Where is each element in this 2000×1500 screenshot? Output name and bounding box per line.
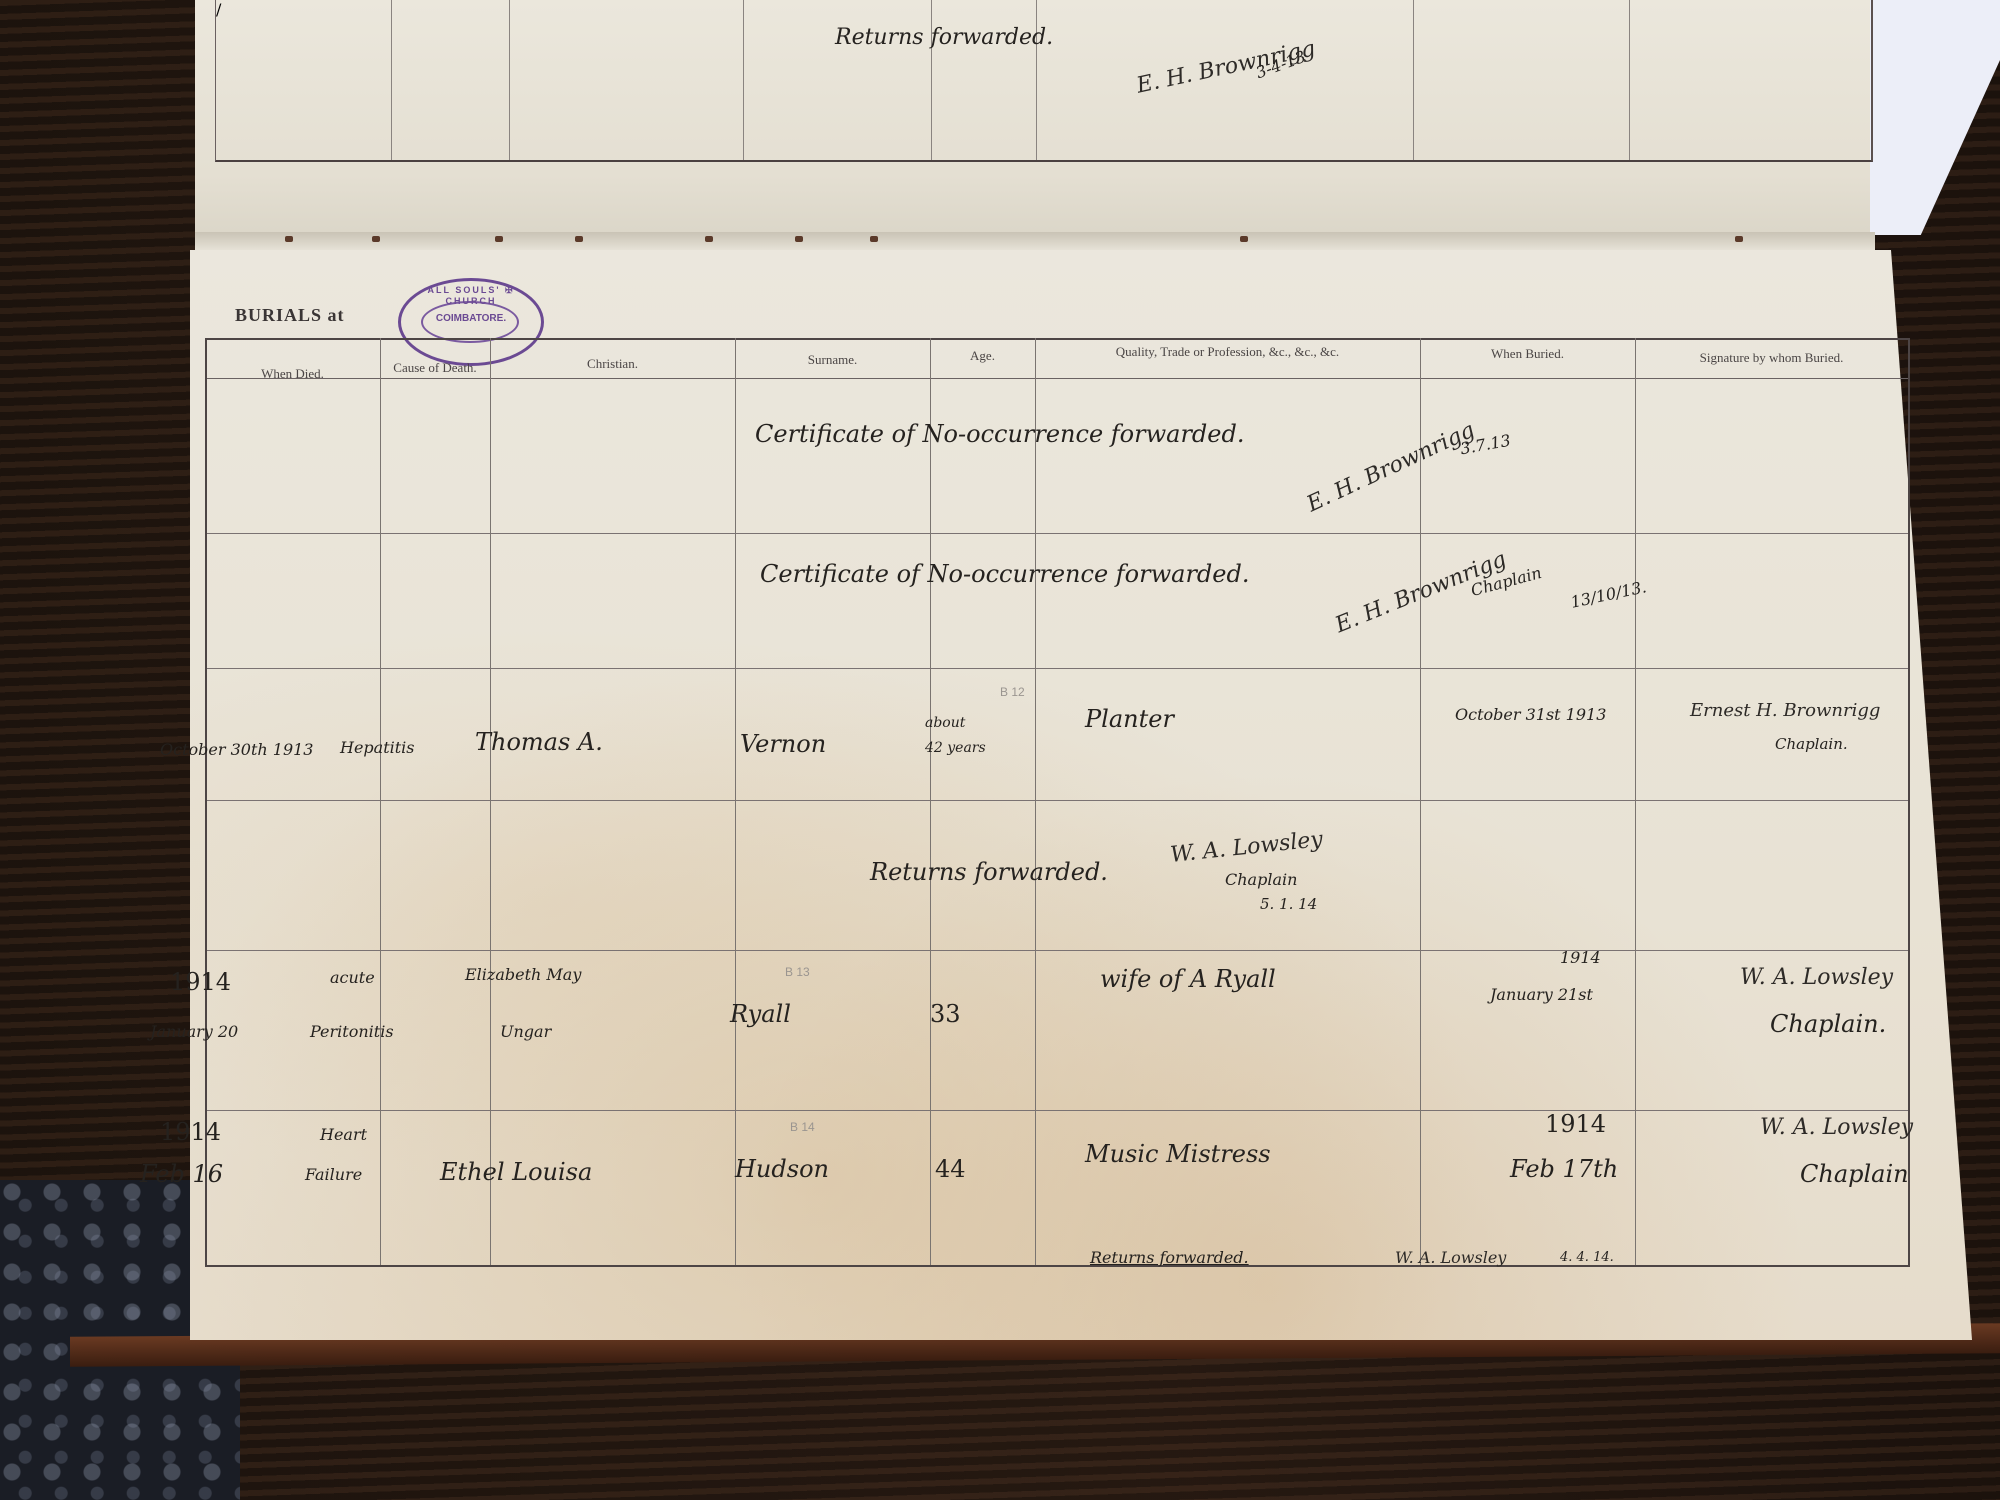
quality-profession: wife of A Ryall bbox=[1100, 965, 1276, 993]
binding-stitch bbox=[575, 236, 583, 242]
burial-ref: B 12 bbox=[1000, 685, 1025, 699]
cause-line1: acute bbox=[330, 968, 375, 987]
entry-note-signature-title: Chaplain bbox=[1225, 870, 1297, 889]
age: 33 bbox=[930, 1000, 961, 1028]
when-died: October 30th 1913 bbox=[160, 740, 313, 759]
when-buried: January 21st bbox=[1490, 985, 1593, 1004]
page-crease bbox=[195, 232, 1875, 252]
when-buried-year: 1914 bbox=[1560, 948, 1601, 967]
signature: W. A. Lowsley bbox=[1760, 1115, 1913, 1140]
when-died: January 20 bbox=[150, 1022, 238, 1041]
binding-stitch bbox=[372, 236, 380, 242]
binding-stitch bbox=[795, 236, 803, 242]
stamp-ring-text: ALL SOULS' ✠ CHURCH bbox=[401, 285, 541, 306]
stamp-city-text: COIMBATORE. bbox=[401, 313, 541, 324]
header-cause-of-death: Cause of Death. bbox=[380, 360, 490, 376]
christian-line1: Elizabeth May bbox=[465, 965, 581, 984]
cause-line2: Failure bbox=[305, 1165, 362, 1184]
header-signature: Signature by whom Buried. bbox=[1635, 350, 1908, 366]
age: 44 bbox=[935, 1155, 966, 1183]
when-died-year: 1914 bbox=[160, 1118, 221, 1146]
binding-stitch bbox=[870, 236, 878, 242]
surname: Ryall bbox=[730, 1000, 791, 1028]
when-died: Feb 16 bbox=[140, 1160, 223, 1188]
burial-register-table: When Died. Cause of Death. Christian. Su… bbox=[205, 338, 1910, 1268]
entry-note-text: Certificate of No-occurrence forwarded. bbox=[755, 420, 1244, 448]
surname: Hudson bbox=[735, 1155, 829, 1183]
header-quality-trade-profession: Quality, Trade or Profession, &c., &c., … bbox=[1035, 344, 1420, 360]
header-surname: Surname. bbox=[735, 352, 930, 368]
when-died-year: 1914 bbox=[170, 968, 231, 996]
christian-name: Thomas A. bbox=[475, 728, 603, 756]
signature-title: Chaplain. bbox=[1775, 735, 1848, 753]
cause-line1: Heart bbox=[320, 1125, 367, 1144]
signature-title: Chaplain. bbox=[1770, 1010, 1886, 1038]
when-buried: Feb 17th bbox=[1510, 1155, 1618, 1183]
header-age: Age. bbox=[930, 348, 1035, 364]
signature: Ernest H. Brownrigg bbox=[1690, 700, 1880, 721]
header-when-died: When Died. bbox=[205, 366, 380, 382]
binding-stitch bbox=[1240, 236, 1248, 242]
entry-note-date: 5. 1. 14 bbox=[1260, 895, 1317, 913]
footer-note-date: 4. 4. 14. bbox=[1560, 1250, 1614, 1265]
binding-stitch bbox=[705, 236, 713, 242]
burial-ref: B 14 bbox=[790, 1120, 815, 1134]
quality-profession: Planter bbox=[1085, 705, 1174, 733]
surname: Vernon bbox=[740, 730, 826, 758]
when-buried-year: 1914 bbox=[1545, 1110, 1606, 1138]
christian-name: Ethel Louisa bbox=[440, 1158, 592, 1186]
header-when-buried: When Buried. bbox=[1420, 346, 1635, 362]
register-title: BURIALS at bbox=[235, 305, 345, 326]
signature: W. A. Lowsley bbox=[1740, 965, 1893, 990]
header-christian: Christian. bbox=[490, 356, 735, 372]
signature-title: Chaplain bbox=[1800, 1160, 1909, 1188]
binding-stitch bbox=[495, 236, 503, 242]
entry-note-text: Returns forwarded. bbox=[870, 858, 1108, 886]
cause-line2: Peritonitis bbox=[310, 1022, 394, 1041]
quality-profession: Music Mistress bbox=[1085, 1140, 1271, 1168]
age-line2: 42 years bbox=[925, 740, 986, 756]
age-line1: about bbox=[925, 715, 965, 731]
binding-stitch bbox=[285, 236, 293, 242]
burial-ref: B 13 bbox=[785, 965, 810, 979]
entry-note-text: Certificate of No-occurrence forwarded. bbox=[760, 560, 1249, 588]
previous-page-note: Returns forwarded. bbox=[835, 25, 1053, 50]
binding-stitch bbox=[1735, 236, 1743, 242]
footer-note-signature: W. A. Lowsley bbox=[1395, 1248, 1506, 1267]
when-buried: October 31st 1913 bbox=[1455, 705, 1606, 724]
cause-of-death: Hepatitis bbox=[340, 738, 415, 757]
footer-note-text: Returns forwarded. bbox=[1090, 1248, 1249, 1267]
christian-line2: Ungar bbox=[500, 1022, 551, 1041]
